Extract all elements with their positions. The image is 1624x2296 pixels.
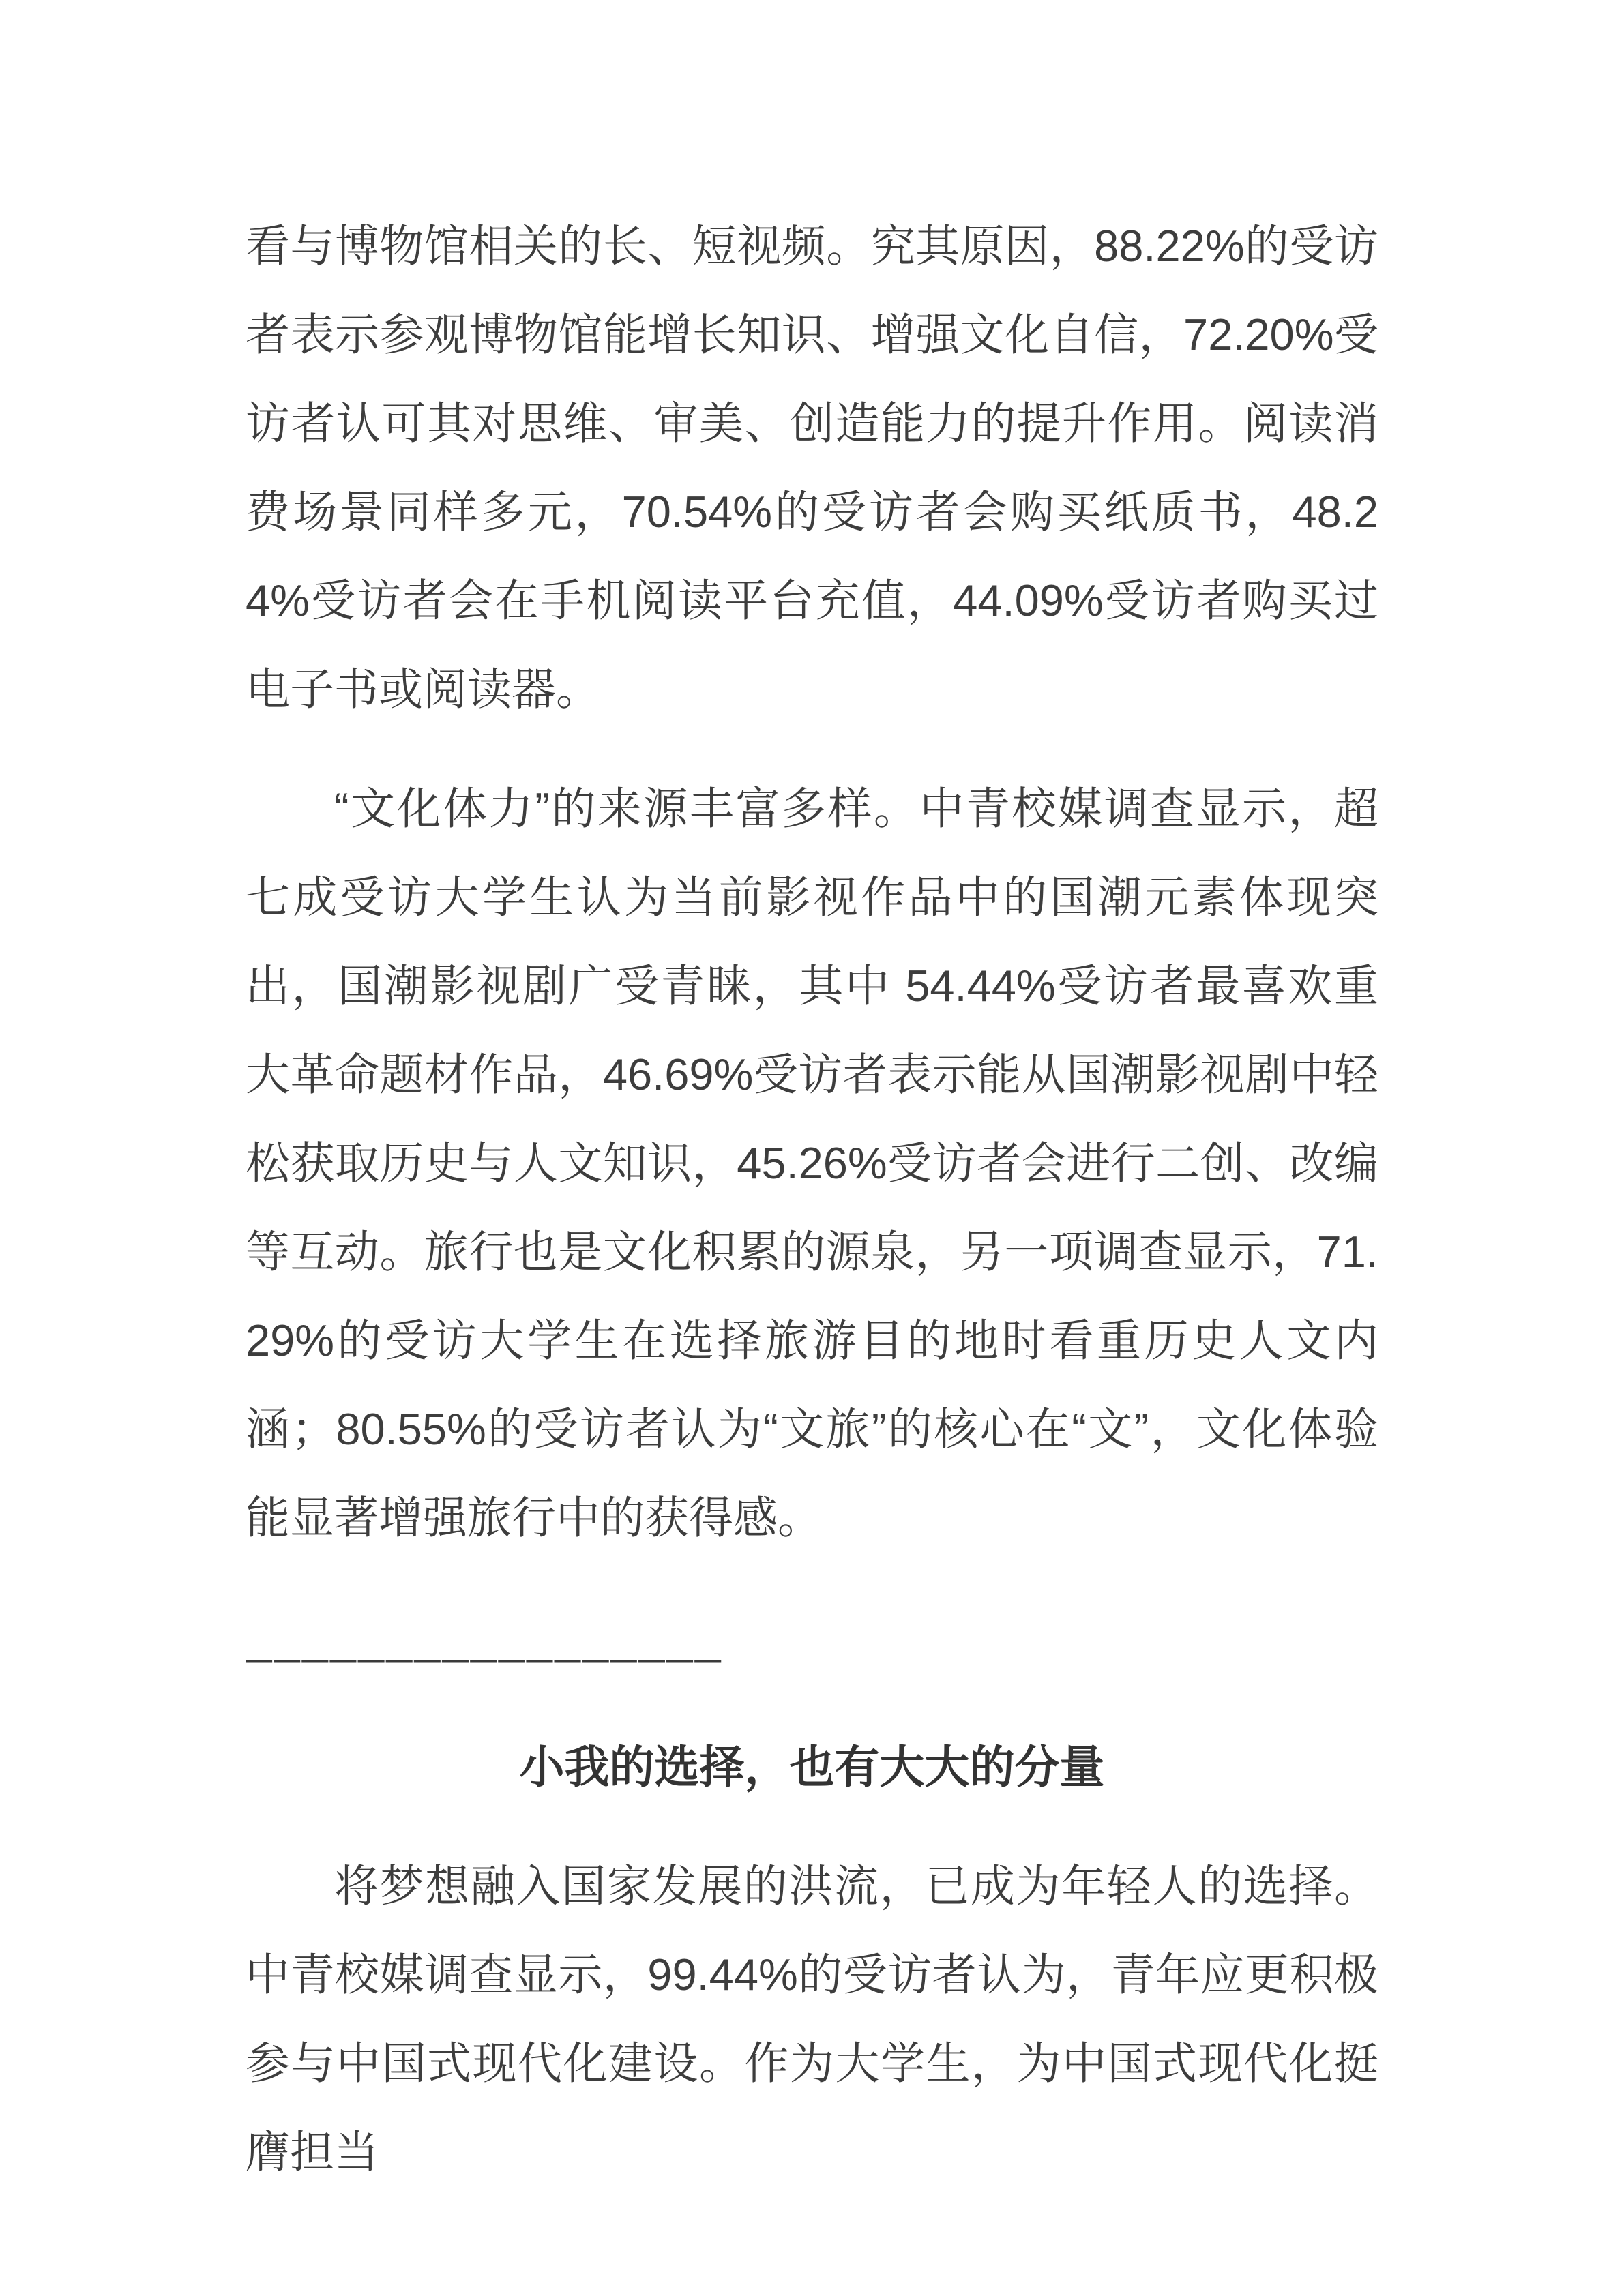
paragraph-culture-stamina-sources: “文化体力”的来源丰富多样。中青校媒调查显示，超七成受访大学生认为当前影视作品中…: [246, 764, 1378, 1562]
article-body: 看与博物馆相关的长、短视频。究其原因，88.22%的受访者表示参观博物馆能增长知…: [246, 202, 1378, 2196]
paragraph-youth-choice: 将梦想融入国家发展的洪流，已成为年轻人的选择。中青校媒调查显示，99.44%的受…: [246, 1842, 1378, 2196]
section-divider-line: _________________: [246, 1593, 1378, 1682]
section-heading: 小我的选择，也有大大的分量: [246, 1723, 1378, 1811]
paragraph-museum-and-reading-stats: 看与博物馆相关的长、短视频。究其原因，88.22%的受访者表示参观博物馆能增长知…: [246, 202, 1378, 734]
document-page: 看与博物馆相关的长、短视频。究其原因，88.22%的受访者表示参观博物馆能增长知…: [0, 0, 1624, 2296]
